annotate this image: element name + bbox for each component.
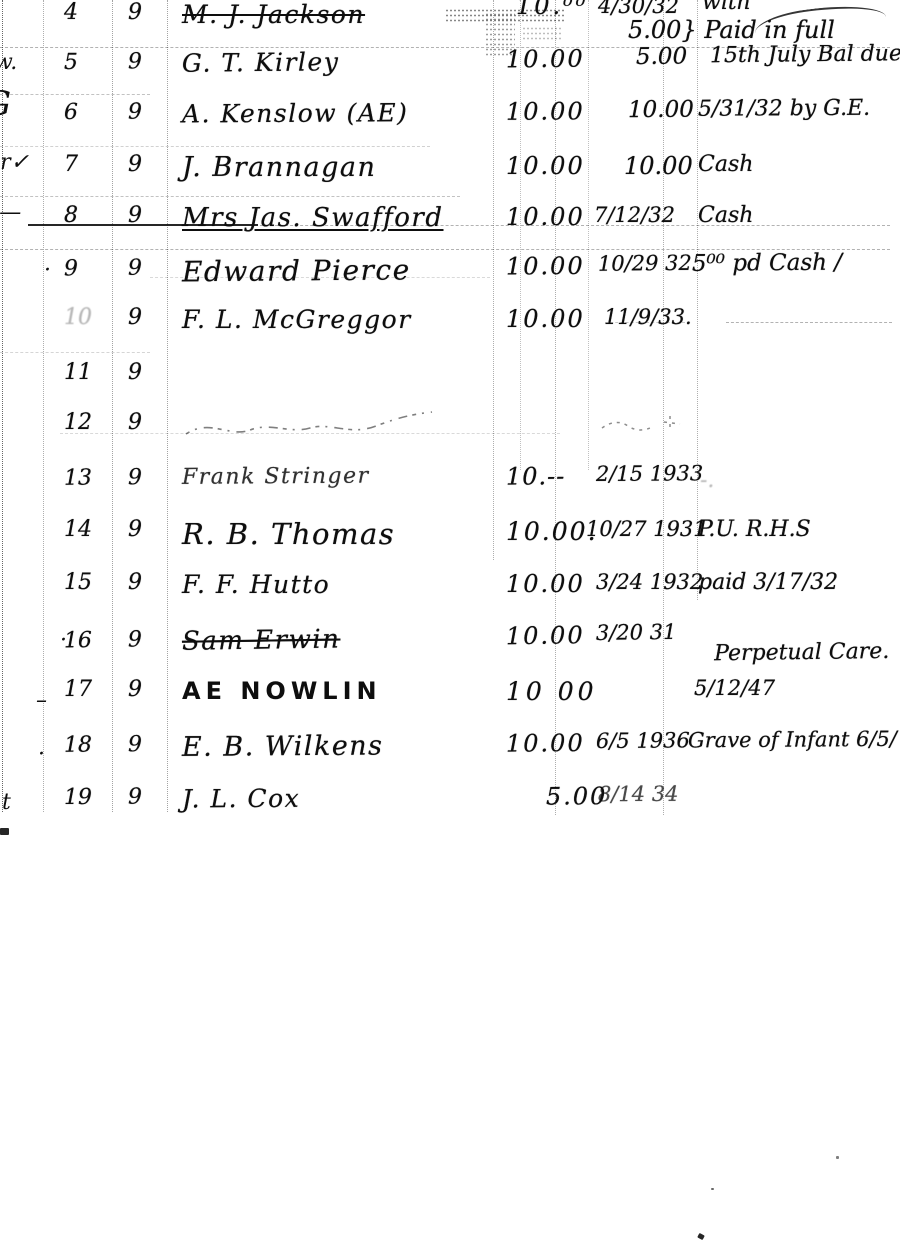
stray-mark: Br✓ <box>0 150 29 175</box>
extra-remark: Perpetual Care. <box>714 639 889 666</box>
owner-name: Mrs Jas. Swafford <box>182 203 444 233</box>
lot-number: 9 <box>128 465 142 490</box>
lot-number: 9 <box>128 360 142 385</box>
amount-paid: 10.00 <box>506 570 585 598</box>
stray-mark: w. <box>0 50 17 75</box>
ledger-row: 149R. B. Thomas10.00.10/27 1931P.U. R.H.… <box>0 511 900 563</box>
ledger-row: 119 <box>0 354 900 406</box>
amount-paid: 10.00 <box>506 305 585 333</box>
row-number: 9 <box>64 256 78 281</box>
row-number: 14 <box>64 517 92 542</box>
owner-name: A. Kenslow (AE) <box>182 98 409 128</box>
remarks: Cash <box>698 203 753 228</box>
illegible-scribble <box>180 408 440 442</box>
stray-mark: G <box>0 84 11 124</box>
lot-number: 9 <box>128 0 142 25</box>
stray-mark: – <box>36 688 47 713</box>
scanned-ledger-page: 49M. J. Jackson10.⁰⁰4/30/32with5.00} Pai… <box>0 0 900 1242</box>
row-number: 8 <box>64 203 78 228</box>
ledger-row: 139Frank Stringer10.--2/15 1933 <box>0 454 900 512</box>
owner-name: J. L. Cox <box>182 784 300 814</box>
ledger-row: 199J. L. Cox5.008/14 34 <box>0 775 900 832</box>
amount-paid: 10.00 <box>506 45 585 74</box>
owner-name: Sam Erwin <box>182 625 341 657</box>
stray-mark: · <box>38 742 45 767</box>
amount-paid: 10.00 <box>506 729 585 758</box>
ledger-row: 69A. Kenslow (AE)10.0010.005/31/32 by G.… <box>0 90 900 147</box>
date-or-amount: 2/15 1933 <box>596 461 703 486</box>
ledger-row: 129 <box>0 404 900 456</box>
ink-speck <box>836 1156 839 1159</box>
lot-number: 9 <box>128 305 142 330</box>
remarks: Grave of Infant 6/5/ <box>688 727 897 752</box>
lot-number: 9 <box>128 677 142 702</box>
owner-name: E. B. Wilkens <box>182 730 384 762</box>
remarks: 15th July Bal due <box>710 41 900 68</box>
amount-paid: 10.⁰⁰ <box>516 0 588 20</box>
ledger-row: 79J. Brannagan10.0010.00Cash <box>0 146 900 198</box>
date-or-amount: 7/12/32 <box>594 203 675 227</box>
amount-paid: 10.00 <box>506 97 585 125</box>
stray-mark: · <box>44 258 51 283</box>
row-number: 7 <box>64 152 78 177</box>
date-or-amount: 8/14 34 <box>598 782 679 806</box>
row-number: 15 <box>64 570 92 595</box>
illegible-scribble <box>598 412 688 436</box>
lot-number: 9 <box>128 785 142 810</box>
row-number: 13 <box>64 465 92 490</box>
ink-speck <box>0 828 9 835</box>
owner-name: Edward Pierce <box>182 253 411 288</box>
lot-number: 9 <box>128 152 142 177</box>
ledger-row: 159F. F. Hutto10.003/24 1932paid 3/17/32 <box>0 564 900 616</box>
owner-name: F. F. Hutto <box>182 570 330 599</box>
lot-number: 9 <box>128 256 142 281</box>
ledger-row: 169Sam Erwin10.003/20 31Perpetual Care. <box>0 611 900 676</box>
ledger-row: 189E. B. Wilkens10.006/5 1936Grave of In… <box>0 721 900 779</box>
remarks: paid 3/17/32 <box>698 570 838 595</box>
stray-mark: t <box>2 790 11 815</box>
lot-number: 9 <box>128 410 142 435</box>
lot-number: 9 <box>128 100 142 125</box>
date-or-amount: 10/27 1931 <box>586 517 707 541</box>
stray-mark: -. <box>700 468 714 493</box>
remarks: 5/31/32 by G.E. <box>698 96 870 122</box>
lot-number: 9 <box>128 627 142 652</box>
row-number: 6 <box>64 100 78 125</box>
ledger-row: 109F. L. McGreggor10.0011/9/33. <box>0 299 900 351</box>
date-or-amount: 6/5 1936 <box>596 728 690 753</box>
date-or-amount: 3/24 1932 <box>596 570 703 594</box>
owner-name: Frank Stringer <box>182 464 370 490</box>
amount-paid: 10.00 <box>506 152 585 180</box>
amount-paid: 10.00 <box>506 203 585 231</box>
lot-number: 9 <box>128 517 142 542</box>
remarks: 5/12/47 <box>694 676 775 700</box>
amount-paid: 10.00 <box>506 621 585 650</box>
lot-number: 9 <box>128 732 142 757</box>
lot-number: 9 <box>128 49 142 74</box>
row-number: 16 <box>64 628 92 653</box>
row-number: 19 <box>64 785 92 810</box>
date-or-amount: 10.00 <box>624 152 693 180</box>
row-number: 17 <box>64 677 92 702</box>
row-number: 18 <box>64 732 92 757</box>
owner-name: AE NOWLIN <box>182 677 382 705</box>
owner-name: J. Brannagan <box>182 152 376 183</box>
date-or-amount: 10.00 <box>628 97 694 123</box>
row-number: 10 <box>64 305 92 330</box>
grid-hline <box>0 352 150 353</box>
owner-name: F. L. McGreggor <box>182 305 412 334</box>
remarks: Cash <box>698 152 753 177</box>
owner-name: M. J. Jackson <box>182 0 365 29</box>
remarks: with <box>702 0 751 15</box>
amount-paid: 10 00 <box>506 677 598 706</box>
ledger-row: 59G. T. Kirley10.005.0015th July Bal due <box>0 35 900 96</box>
amount-paid: 10.-- <box>506 462 566 490</box>
stray-mark: o— <box>0 200 21 225</box>
row-number: 11 <box>64 360 92 385</box>
date-or-amount: 10/29 32 <box>598 251 692 276</box>
row-number: 4 <box>64 0 78 25</box>
ledger-row: 99Edward Pierce10.0010/29 325⁰⁰ pd Cash … <box>0 243 900 303</box>
owner-name: G. T. Kirley <box>182 47 340 78</box>
ink-speck <box>697 1233 705 1240</box>
amount-paid: 10.00. <box>506 517 598 546</box>
date-or-amount: 3/20 31 <box>596 620 677 645</box>
date-or-amount: 5.00 <box>636 44 687 71</box>
lot-number: 9 <box>128 203 142 228</box>
row-number: 5 <box>64 50 78 75</box>
remarks: P.U. R.H.S <box>698 517 811 542</box>
lot-number: 9 <box>128 570 142 595</box>
stray-mark: · <box>60 628 67 653</box>
amount-paid: 10.00 <box>506 252 585 281</box>
date-or-amount: 11/9/33. <box>604 305 692 329</box>
owner-name: R. B. Thomas <box>182 517 395 551</box>
remarks: 5⁰⁰ pd Cash / <box>692 250 842 277</box>
ink-speck <box>711 1188 714 1190</box>
row-number: 12 <box>64 410 92 435</box>
ledger-row: 89Mrs Jas. Swafford10.007/12/32Cash <box>0 197 900 249</box>
ledger-row: 179AE NOWLIN10 005/12/47 <box>0 671 900 723</box>
